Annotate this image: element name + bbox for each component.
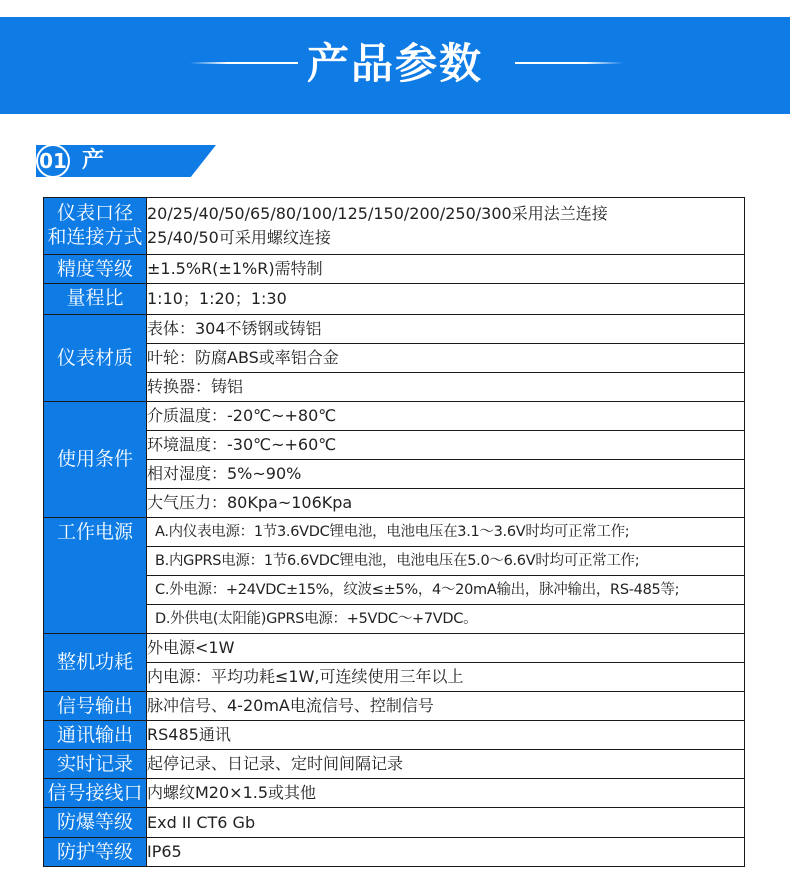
row-label-text: 仪表口径 — [57, 202, 133, 224]
table-row: 防护等级 IP65 — [44, 838, 745, 867]
section-number-badge: 01 — [36, 144, 70, 178]
value-line: 20/25/40/50/65/80/100/125/150/200/250/30… — [147, 204, 608, 223]
row-value: ±1.5%R(±1%R)需特制 — [147, 255, 745, 284]
table-row: 内电源：平均功耗≤1W,可连续使用三年以上 — [44, 663, 745, 692]
row-value: 大气压力：80Kpa~106Kpa — [147, 489, 745, 518]
row-label: 仪表口径 和连接方式 — [44, 198, 147, 255]
table-row: 相对湿度：5%~90% — [44, 460, 745, 489]
row-value: 1:10；1:20；1:30 — [147, 284, 745, 315]
row-label: 实时记录 — [44, 750, 147, 779]
row-label: 防爆等级 — [44, 808, 147, 838]
row-value: 转换器：铸铝 — [147, 373, 745, 402]
table-row: C.外电源：+24VDC±15%，纹波≤±5%，4～20mA输出，脉冲输出，RS… — [44, 576, 745, 605]
table-row: 使用条件 介质温度：-20℃~+80℃ — [44, 402, 745, 431]
row-label: 信号接线口 — [44, 779, 147, 808]
table-row: 信号输出 脉冲信号、4-20mA电流信号、控制信号 — [44, 692, 745, 721]
row-label: 通讯输出 — [44, 721, 147, 750]
row-value: 内电源：平均功耗≤1W,可连续使用三年以上 — [147, 663, 745, 692]
table-row: 叶轮：防腐ABS或率铝合金 — [44, 344, 745, 373]
table-row: D.外供电(太阳能)GPRS电源：+5VDC～+7VDC。 — [44, 605, 745, 634]
table-row: 量程比 1:10；1:20；1:30 — [44, 284, 745, 315]
table-row: 实时记录 起停记录、日记录、定时间间隔记录 — [44, 750, 745, 779]
row-label: 量程比 — [44, 284, 147, 315]
row-label: 使用条件 — [44, 402, 147, 518]
table-row: 精度等级 ±1.5%R(±1%R)需特制 — [44, 255, 745, 284]
row-value: C.外电源：+24VDC±15%，纹波≤±5%，4～20mA输出，脉冲输出，RS… — [147, 576, 745, 605]
row-value: 叶轮：防腐ABS或率铝合金 — [147, 344, 745, 373]
table-row: 仪表口径 和连接方式 20/25/40/50/65/80/100/125/150… — [44, 198, 745, 255]
table-row: 仪表材质 表体：304不锈钢或铸铝 — [44, 315, 745, 344]
row-value: 外电源<1W — [147, 634, 745, 663]
row-value: 介质温度：-20℃~+80℃ — [147, 402, 745, 431]
row-value: 环境温度：-30℃~+60℃ — [147, 431, 745, 460]
row-label: 信号输出 — [44, 692, 147, 721]
table-row: B.内GPRS电源：1节6.6VDC锂电池，电池电压在5.0～6.6V时均可正常… — [44, 547, 745, 576]
table-row: 整机功耗 外电源<1W — [44, 634, 745, 663]
value-line: 25/40/50可采用螺纹连接 — [147, 228, 331, 247]
row-value: 相对湿度：5%~90% — [147, 460, 745, 489]
table-row: 大气压力：80Kpa~106Kpa — [44, 489, 745, 518]
banner-divider-right — [515, 62, 623, 64]
row-value: 脉冲信号、4-20mA电流信号、控制信号 — [147, 692, 745, 721]
row-value: D.外供电(太阳能)GPRS电源：+5VDC～+7VDC。 — [147, 605, 745, 634]
row-value: 20/25/40/50/65/80/100/125/150/200/250/30… — [147, 198, 745, 255]
row-value: Exd II CT6 Gb — [147, 808, 745, 838]
row-label-text: 和连接方式 — [47, 226, 142, 248]
row-value: 起停记录、日记录、定时间间隔记录 — [147, 750, 745, 779]
row-label: 整机功耗 — [44, 634, 147, 692]
row-value: RS485通讯 — [147, 721, 745, 750]
row-value: IP65 — [147, 838, 745, 867]
row-label: 仪表材质 — [44, 315, 147, 402]
row-value: B.内GPRS电源：1节6.6VDC锂电池，电池电压在5.0～6.6V时均可正常… — [147, 547, 745, 576]
table-row: 转换器：铸铝 — [44, 373, 745, 402]
row-label: 防护等级 — [44, 838, 147, 867]
table-row: 防爆等级 Exd II CT6 Gb — [44, 808, 745, 838]
table-row: 通讯输出 RS485通讯 — [44, 721, 745, 750]
table-row: 工作电源 A.内仪表电源：1节3.6VDC锂电池，电池电压在3.1～3.6V时均… — [44, 518, 745, 547]
table-row: 信号接线口 内螺纹M20×1.5或其他 — [44, 779, 745, 808]
row-label: 工作电源 — [44, 518, 147, 634]
table-row: 环境温度：-30℃~+60℃ — [44, 431, 745, 460]
header-banner: 产品参数 — [0, 17, 790, 114]
row-value: A.内仪表电源：1节3.6VDC锂电池，电池电压在3.1～3.6V时均可正常工作… — [147, 518, 745, 547]
row-label: 精度等级 — [44, 255, 147, 284]
row-value: 表体：304不锈钢或铸铝 — [147, 315, 745, 344]
parameters-table: 仪表口径 和连接方式 20/25/40/50/65/80/100/125/150… — [43, 197, 745, 867]
banner-title: 产品参数 — [0, 35, 790, 93]
row-value: 内螺纹M20×1.5或其他 — [147, 779, 745, 808]
